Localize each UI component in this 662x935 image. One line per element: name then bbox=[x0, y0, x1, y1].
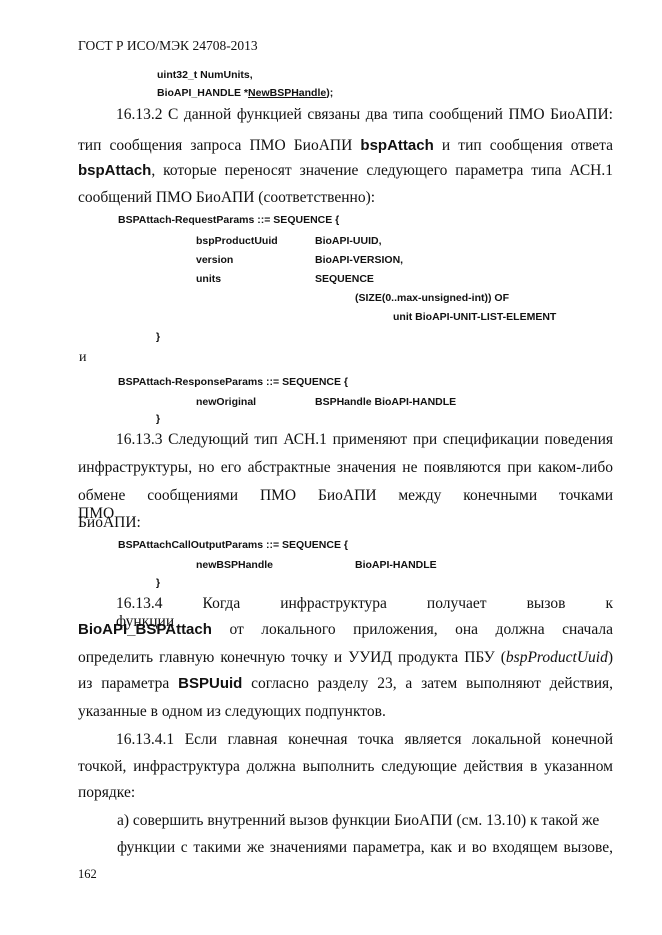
code-text-underlined: NewBSPHandle bbox=[248, 87, 326, 99]
paragraph-line: сообщений ПМО БиоАПИ (соответственно): bbox=[78, 189, 375, 207]
italic-identifier: bspProductUuid bbox=[506, 649, 608, 666]
paragraph-line: 16.13.3 Следующий тип АСН.1 применяют пр… bbox=[78, 431, 613, 449]
asn-close: } bbox=[156, 331, 160, 343]
paragraph-line: тип сообщения запроса ПМО БиоАПИ bspAtta… bbox=[78, 137, 613, 155]
code-line: BioAPI_HANDLE *NewBSPHandle); bbox=[157, 87, 333, 99]
page-number: 162 bbox=[78, 867, 97, 882]
code-line: uint32_t NumUnits, bbox=[157, 69, 253, 81]
identifier: bspAttach bbox=[78, 162, 151, 179]
paragraph-line: 16.13.2 С данной функцией связаны два ти… bbox=[78, 106, 613, 124]
asn-field-type: BioAPI-VERSION, bbox=[315, 254, 403, 266]
asn-element: unit BioAPI-UNIT-LIST-ELEMENT bbox=[393, 311, 556, 323]
identifier: BSPUuid bbox=[178, 675, 242, 692]
paragraph-line: точкой, инфраструктура должна выполнить … bbox=[78, 758, 613, 776]
asn-close: } bbox=[156, 413, 160, 425]
asn-field-type: BioAPI-UUID, bbox=[315, 235, 382, 247]
text: , которые переносят значение следующего … bbox=[151, 162, 613, 179]
paragraph-line: определить главную конечную точку и УУИД… bbox=[78, 649, 613, 667]
asn-field-type: SEQUENCE bbox=[315, 273, 374, 285]
code-text: BioAPI_HANDLE * bbox=[157, 87, 248, 99]
paragraph-line: BioAPI_BSPAttach от локального приложени… bbox=[78, 621, 613, 639]
text: ) bbox=[608, 649, 613, 666]
identifier: bspAttach bbox=[360, 137, 433, 154]
paragraph-line: 16.13.4.1 Если главная конечная точка яв… bbox=[78, 731, 613, 749]
asn-field-type: BSPHandle BioAPI-HANDLE bbox=[315, 396, 456, 408]
document-header: ГОСТ Р ИСО/МЭК 24708-2013 bbox=[78, 38, 258, 54]
text: тип сообщения запроса ПМО БиоАПИ bbox=[78, 137, 360, 154]
paragraph-line: инфраструктуры, но его абстрактные значе… bbox=[78, 459, 613, 477]
paragraph-line: порядке: bbox=[78, 784, 135, 802]
asn-field-type: BioAPI-HANDLE bbox=[355, 559, 437, 571]
paragraph-line: БиоАПИ: bbox=[78, 514, 141, 532]
asn-header: BSPAttach-ResponseParams ::= SEQUENCE { bbox=[118, 376, 348, 388]
text: и тип сообщения ответа bbox=[434, 137, 613, 154]
text: от локального приложения, она должна сна… bbox=[212, 621, 613, 638]
asn-field-name: version bbox=[196, 254, 233, 266]
code-text: ); bbox=[326, 87, 333, 99]
list-item-line: а) совершить внутренний вызов функции Би… bbox=[117, 812, 599, 830]
asn-size: (SIZE(0..max-unsigned-int)) OF bbox=[355, 292, 509, 304]
asn-field-name: newBSPHandle bbox=[196, 559, 273, 571]
asn-field-name: units bbox=[196, 273, 221, 285]
paragraph-line: обмене сообщениями ПМО БиоАПИ между коне… bbox=[78, 487, 613, 523]
asn-field-name: bspProductUuid bbox=[196, 235, 278, 247]
text: согласно разделу 23, а затем выполняют д… bbox=[242, 675, 613, 692]
paragraph-line: из параметра BSPUuid согласно разделу 23… bbox=[78, 675, 613, 693]
identifier: BioAPI_BSPAttach bbox=[78, 621, 212, 638]
conjunction: и bbox=[79, 350, 87, 366]
asn-header: BSPAttachCallOutputParams ::= SEQUENCE { bbox=[118, 539, 348, 551]
asn-field-name: newOriginal bbox=[196, 396, 256, 408]
list-item-line: функции с такими же значениями параметра… bbox=[117, 839, 613, 857]
text: из параметра bbox=[78, 675, 178, 692]
text: определить главную конечную точку и УУИД… bbox=[78, 649, 506, 666]
asn-header: BSPAttach-RequestParams ::= SEQUENCE { bbox=[118, 214, 339, 226]
asn-close: } bbox=[156, 577, 160, 589]
paragraph-line: указанные в одном из следующих подпункто… bbox=[78, 703, 386, 721]
paragraph-line: bspAttach, которые переносят значение сл… bbox=[78, 162, 613, 180]
